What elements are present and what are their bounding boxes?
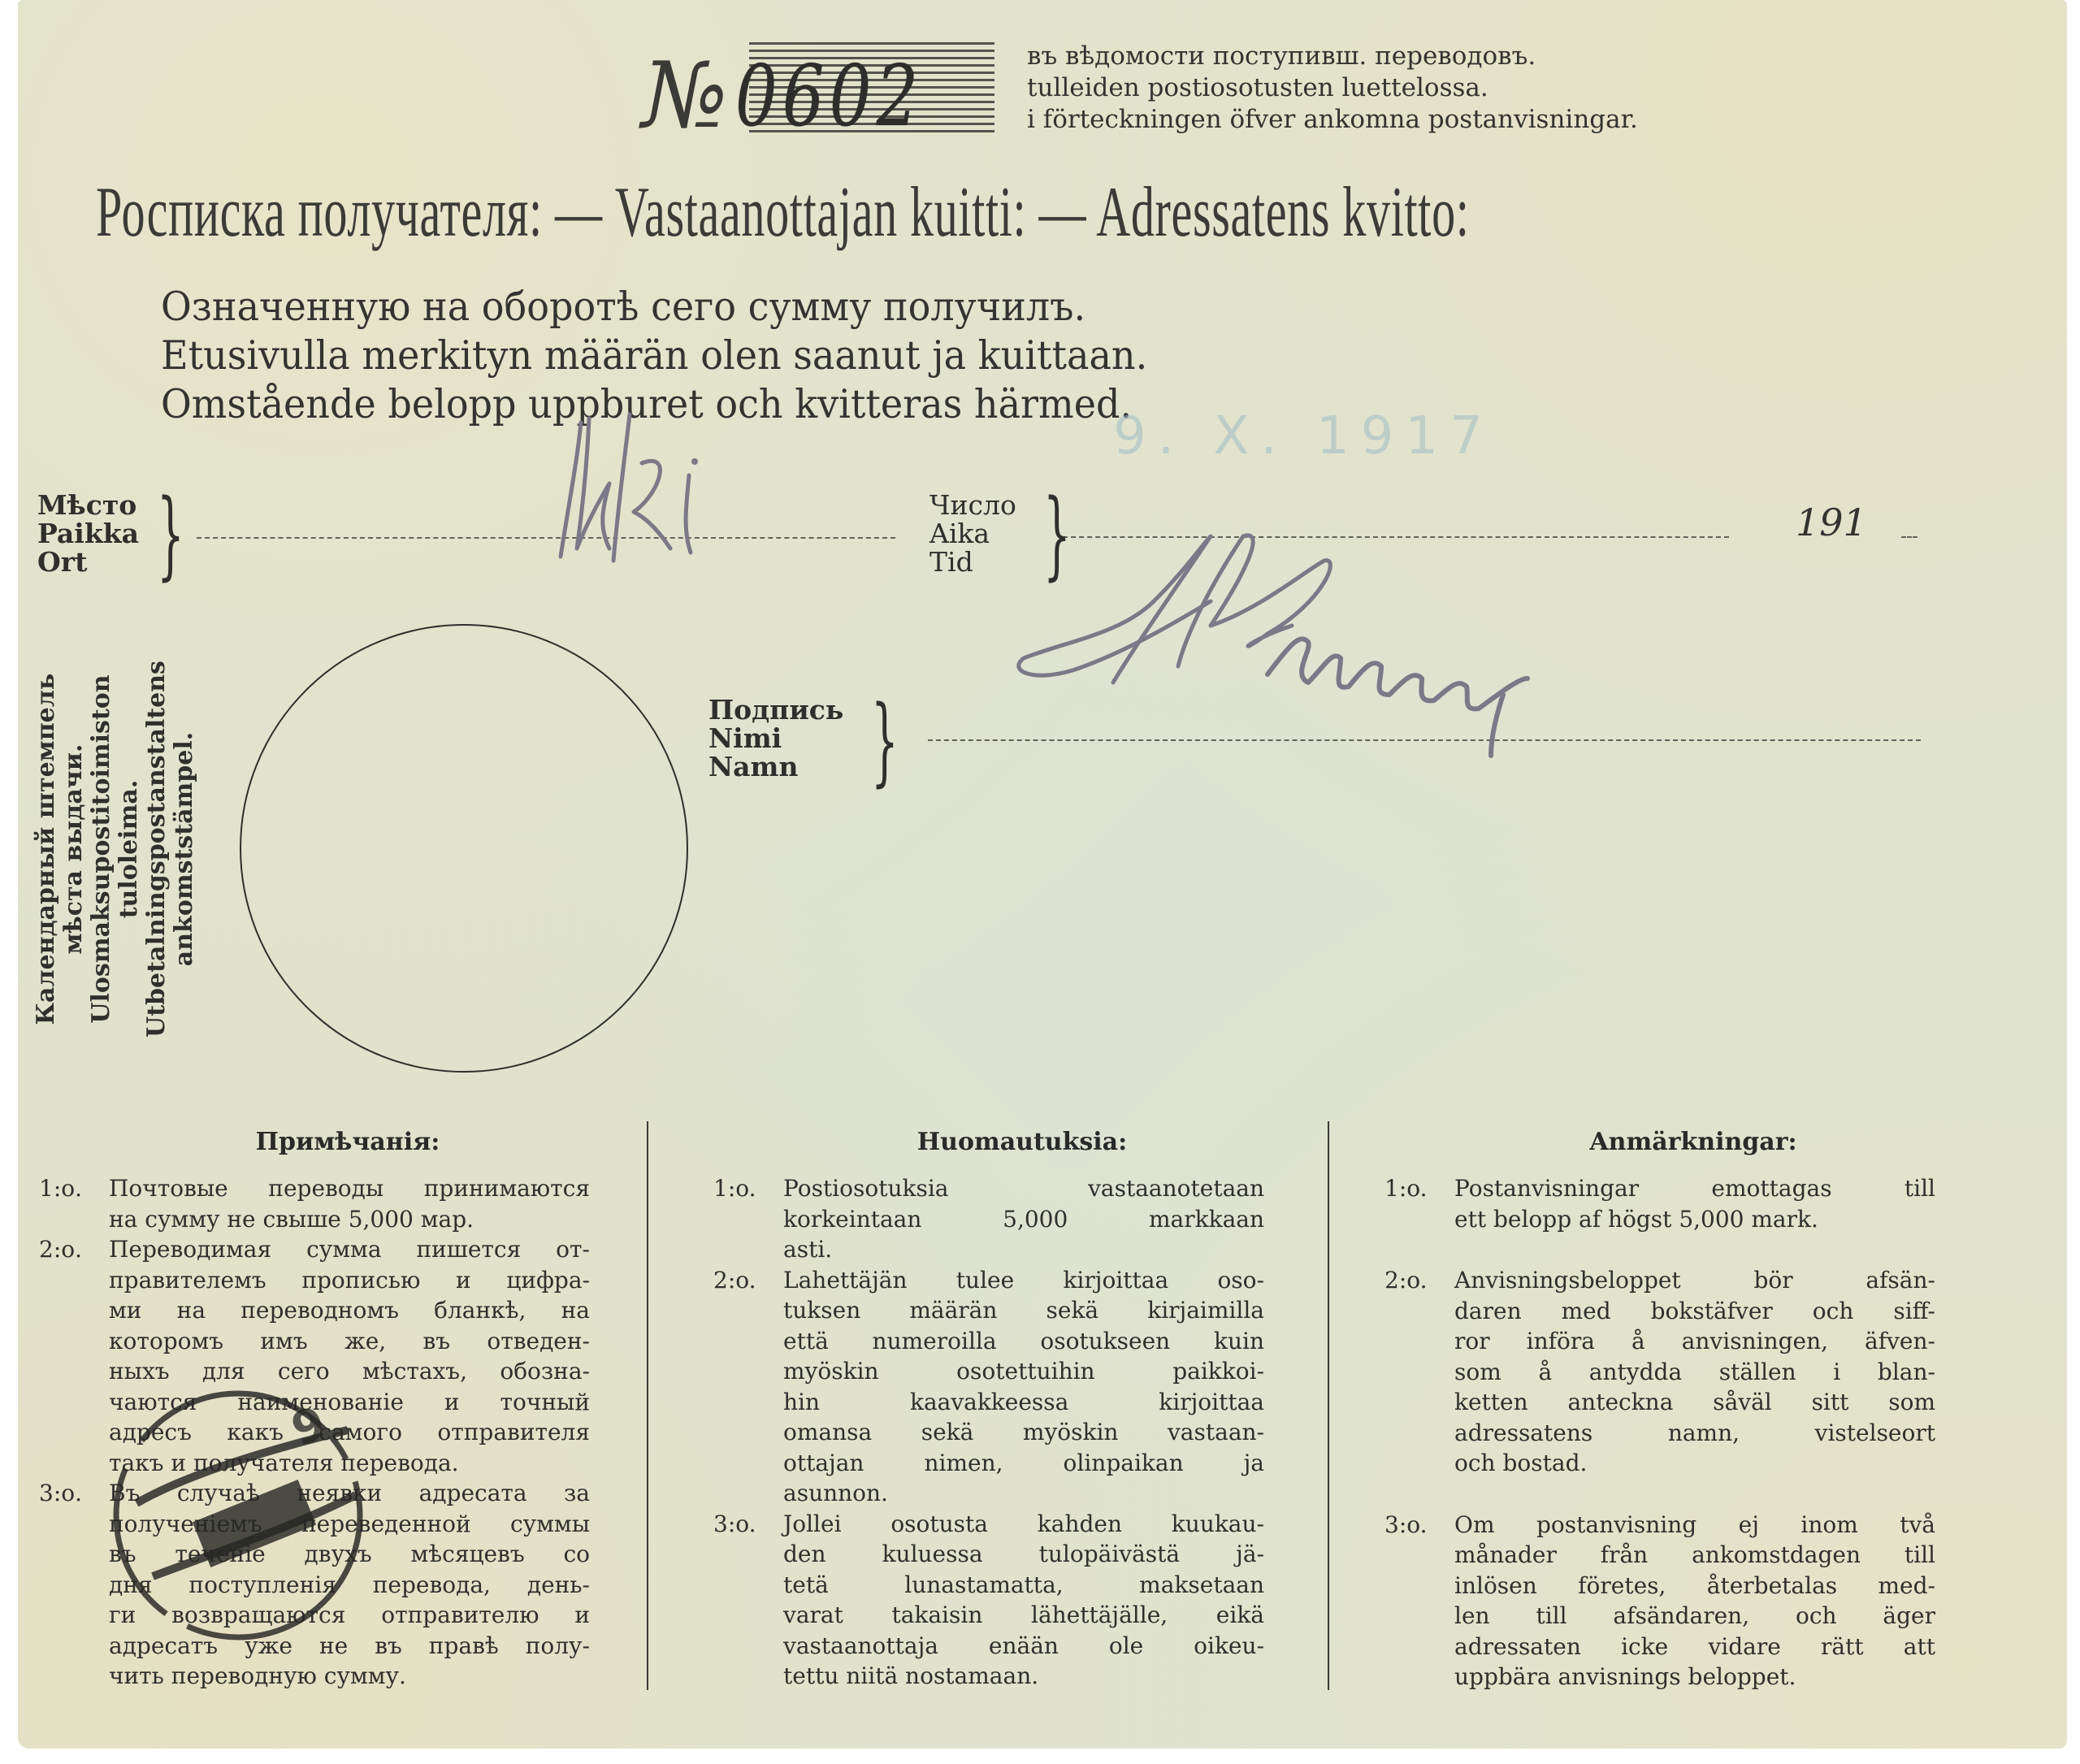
note-line: som å antydda ställen i blan-	[1454, 1357, 1935, 1388]
place-handwriting	[552, 406, 764, 569]
note-line: adressaten icke vidare rätt att	[1454, 1632, 1935, 1662]
place-input-line[interactable]	[197, 537, 895, 539]
note-line: Postiosotuksia vastaanotetaan	[783, 1173, 1264, 1204]
date-stamp: 9. X. 1917	[1113, 406, 1494, 466]
calendar-stamp-circle	[240, 624, 688, 1073]
signature-label: Подпись Nimi Namn	[708, 696, 843, 781]
note-line: чить переводную сумму.	[109, 1661, 590, 1692]
place-label-ru: Мѣсто	[37, 491, 139, 519]
note-line: ett belopp af högst 5,000 mark.	[1454, 1204, 1935, 1235]
note-line: korkeintaan 5,000 markkaan	[783, 1204, 1264, 1235]
note-line: adressatens namn, vistelseort	[1454, 1418, 1935, 1449]
year-suffix-line[interactable]	[1901, 536, 1917, 538]
note-line: ror införa å anvisningen, äfven-	[1454, 1326, 1935, 1357]
note-number: 2:о.	[39, 1234, 109, 1265]
note-line: Lahettäjän tulee kirjoittaa oso-	[783, 1265, 1264, 1296]
note-line: tetä lunastamatta, maksetaan	[783, 1570, 1264, 1601]
note-number: 2:o.	[713, 1265, 783, 1296]
note-line: varat takaisin lähettäjälle, eikä	[783, 1600, 1264, 1631]
note-number: 3:o.	[713, 1509, 783, 1540]
stamp-caption-fi-2: tuloleima.	[115, 638, 143, 1060]
note-line: och bostad.	[1454, 1448, 1935, 1479]
note-sv-2: 2:o. Anvisningsbeloppet bör afsän- daren…	[1384, 1265, 2002, 1479]
signature-label-fi: Nimi	[708, 724, 843, 752]
note-line: omansa sekä myöskin vastaan-	[783, 1417, 1264, 1448]
note-sv-1: 1:o. Postanvisningar emottagas till ett …	[1384, 1173, 2002, 1234]
note-line: tettu niitä nostamaan.	[783, 1661, 1264, 1692]
signature-brace: }	[871, 692, 899, 788]
note-line: ми на переводномъ бланкѣ, на	[109, 1295, 590, 1326]
ack-line-fi: Etusivulla merkityn määrän olen saanut j…	[161, 332, 1147, 380]
ledger-line-ru: въ вѣдомости поступивш. переводовъ.	[1027, 41, 1638, 72]
note-line: inlösen företes, återbetalas med-	[1454, 1571, 1935, 1601]
note-number: 2:o.	[1384, 1265, 1454, 1296]
ledger-line-sv: i förteckningen öfver ankomna postanvisn…	[1027, 104, 1638, 136]
note-line: ottajan nimen, olinpaikan ja	[783, 1448, 1264, 1479]
note-number: 3:о.	[39, 1478, 109, 1509]
place-label-fi: Paikka	[37, 519, 139, 548]
receipt-title: Росписка получателя: — Vastaanottajan ku…	[96, 177, 1470, 249]
note-line: että numeroilla osotukseen kuin	[783, 1326, 1264, 1357]
stamp-caption-sv-2: ankomststämpel.	[171, 638, 198, 1060]
stamp-caption-sv-1: Utbetalningspostanstaltens	[143, 638, 171, 1060]
stamp-caption-ru-2: мѣста выдачи.	[60, 638, 88, 1060]
place-brace: }	[157, 486, 184, 582]
note-number: 1:o.	[1384, 1173, 1454, 1204]
note-line: vastaanottaja enään ole oikeu-	[783, 1631, 1264, 1662]
note-line: Jollei osotusta kahden kuukau-	[783, 1509, 1264, 1540]
note-fi-2: 2:o. Lahettäjän tulee kirjoittaa oso- tu…	[713, 1265, 1331, 1509]
notes-heading-sv: Anmärkningar:	[1384, 1128, 2002, 1157]
note-line: правителемъ прописью и цифра-	[109, 1265, 590, 1296]
note-line: månader från ankomstdagen till	[1454, 1540, 1935, 1571]
note-line: Переводимая сумма пишется от-	[109, 1234, 590, 1265]
note-line: Почтовые переводы принимаются	[109, 1173, 590, 1204]
note-line: myöskin osotettuihin paikkoi-	[783, 1356, 1264, 1387]
postmark-stamp: 9	[104, 1381, 372, 1649]
note-number: 1:о.	[39, 1173, 109, 1204]
notes-heading-ru: Примѣчанія:	[39, 1128, 656, 1157]
signature-label-ru: Подпись	[708, 696, 843, 724]
note-line: на сумму не свыше 5,000 мар.	[109, 1204, 590, 1235]
note-line: Postanvisningar emottagas till	[1454, 1173, 1935, 1204]
signature-handwriting	[999, 520, 1633, 764]
ledger-reference: въ вѣдомости поступивш. переводовъ. tull…	[1027, 41, 1638, 136]
place-label-sv: Ort	[37, 548, 139, 576]
note-line: uppbära anvisnings beloppet.	[1454, 1662, 1935, 1692]
note-line: которомъ имъ же, въ отведен-	[109, 1326, 590, 1357]
ledger-line-fi: tulleiden postiosotusten luettelossa.	[1027, 72, 1638, 104]
note-line: tuksen määrän sekä kirjaimilla	[783, 1295, 1264, 1326]
note-fi-3: 3:o. Jollei osotusta kahden kuukau- den …	[713, 1509, 1331, 1692]
note-line: Om postanvisning ej inom två	[1454, 1510, 1935, 1541]
note-ru-1: 1:о. Почтовые переводы принимаются на су…	[39, 1173, 656, 1234]
number-sign: №	[642, 50, 728, 141]
note-line: asti.	[783, 1234, 1264, 1265]
stamp-caption-fi-1: Ulosmaksupostitoimiston	[88, 638, 115, 1060]
ack-line-ru: Означенную на оборотѣ сего сумму получил…	[161, 283, 1147, 332]
note-sv-3: 3:o. Om postanvisning ej inom två månade…	[1384, 1510, 2002, 1692]
note-line: len till afsändaren, och äger	[1454, 1601, 1935, 1632]
note-line: asunnon.	[783, 1478, 1264, 1509]
note-line: daren med bokstäfver och siff-	[1454, 1296, 1935, 1327]
note-line: Anvisningsbeloppet bör afsän-	[1454, 1265, 1935, 1296]
notes-heading-fi: Huomautuksia:	[713, 1128, 1331, 1157]
note-line: hin kaavakkeessa kirjoittaa	[783, 1387, 1264, 1418]
stamp-caption-ru-1: Календарный штемпель	[32, 638, 60, 1060]
notes-finnish: Huomautuksia: 1:o. Postiosotuksia vastaa…	[713, 1128, 1331, 1692]
note-fi-1: 1:o. Postiosotuksia vastaanotetaan korke…	[713, 1173, 1331, 1265]
note-line: den kuluessa tulopäivästä jä-	[783, 1539, 1264, 1570]
signature-label-sv: Namn	[708, 752, 843, 781]
year-prefix: 191	[1796, 501, 1867, 544]
form-number: 0602	[735, 54, 923, 138]
stamp-caption: Календарный штемпель мѣста выдачи. Ulosm…	[32, 638, 198, 1060]
notes-swedish: Anmärkningar: 1:o. Postanvisningar emott…	[1384, 1128, 2002, 1723]
place-label: Мѣсто Paikka Ort	[37, 491, 139, 576]
note-line: ketten anteckna såväl sitt som	[1454, 1387, 1935, 1418]
note-number: 1:o.	[713, 1173, 783, 1204]
note-number: 3:o.	[1384, 1510, 1454, 1541]
date-label-ru: Число	[929, 491, 1016, 519]
